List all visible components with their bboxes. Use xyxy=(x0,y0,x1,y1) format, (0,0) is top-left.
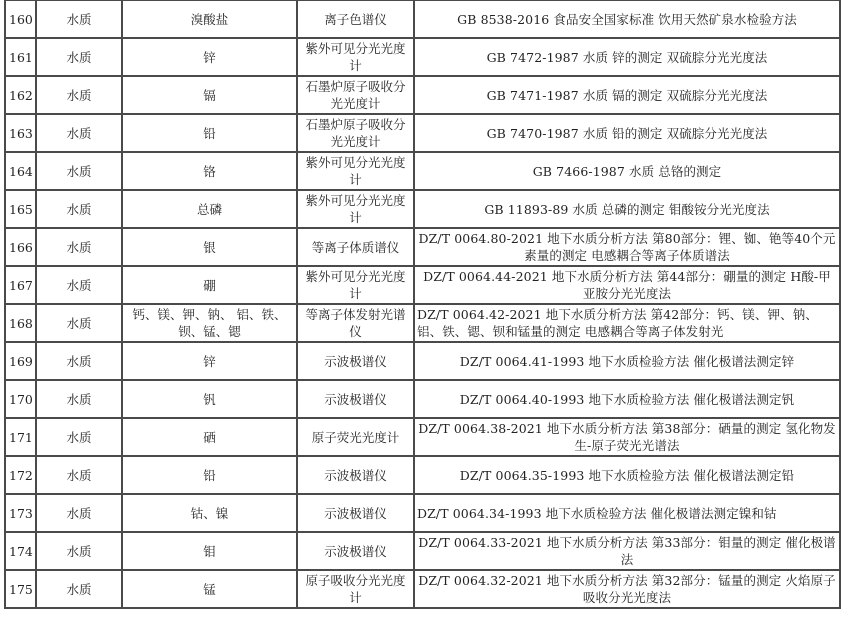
category-cell: 水质 xyxy=(36,342,122,380)
category-cell: 水质 xyxy=(36,0,122,38)
table-row: 163 水质 铅 石墨炉原子吸收分光光度计 GB 7470-1987 水质 铅的… xyxy=(5,114,840,152)
instrument-cell: 原子吸收分光光度计 xyxy=(297,570,414,608)
row-number: 166 xyxy=(5,228,36,266)
standard-cell: GB 7471-1987 水质 镉的测定 双硫腙分光光度法 xyxy=(414,76,840,114)
category-cell: 水质 xyxy=(36,114,122,152)
test-item-cell: 钙、镁、钾、钠、 铝、铁、钡、锰、锶 xyxy=(122,304,297,342)
category-cell: 水质 xyxy=(36,152,122,190)
table-row: 168 水质 钙、镁、钾、钠、 铝、铁、钡、锰、锶 等离子体发射光谱仪 DZ/T… xyxy=(5,304,840,342)
instrument-cell: 示波极谱仪 xyxy=(297,532,414,570)
instrument-cell: 示波极谱仪 xyxy=(297,380,414,418)
standard-cell: GB 8538-2016 食品安全国家标准 饮用天然矿泉水检验方法 xyxy=(414,0,840,38)
test-item-cell: 钴、镍 xyxy=(122,494,297,532)
row-number: 173 xyxy=(5,494,36,532)
standard-cell: DZ/T 0064.38-2021 地下水质分析方法 第38部分：硒量的测定 氢… xyxy=(414,418,840,456)
table-row: 173 水质 钴、镍 示波极谱仪 DZ/T 0064.34-1993 地下水质检… xyxy=(5,494,840,532)
test-item-cell: 钼 xyxy=(122,532,297,570)
test-item-cell: 溴酸盐 xyxy=(122,0,297,38)
standard-cell: DZ/T 0064.32-2021 地下水质分析方法 第32部分：锰量的测定 火… xyxy=(414,570,840,608)
standard-cell: DZ/T 0064.42-2021 地下水质分析方法 第42部分：钙、镁、钾、钠… xyxy=(414,304,840,342)
row-number: 174 xyxy=(5,532,36,570)
table-row: 166 水质 银 等离子体质谱仪 DZ/T 0064.80-2021 地下水质分… xyxy=(5,228,840,266)
row-number: 160 xyxy=(5,0,36,38)
test-item-cell: 钒 xyxy=(122,380,297,418)
category-cell: 水质 xyxy=(36,228,122,266)
standard-cell: GB 11893-89 水质 总磷的测定 钼酸铵分光光度法 xyxy=(414,190,840,228)
instrument-cell: 紫外可见分光光度计 xyxy=(297,266,414,304)
standard-cell: GB 7472-1987 水质 锌的测定 双硫腙分光光度法 xyxy=(414,38,840,76)
instrument-cell: 等离子体发射光谱仪 xyxy=(297,304,414,342)
table-row: 175 水质 锰 原子吸收分光光度计 DZ/T 0064.32-2021 地下水… xyxy=(5,570,840,608)
standard-cell: GB 7466-1987 水质 总铬的测定 xyxy=(414,152,840,190)
table-row: 165 水质 总磷 紫外可见分光光度计 GB 11893-89 水质 总磷的测定… xyxy=(5,190,840,228)
category-cell: 水质 xyxy=(36,190,122,228)
standard-cell: DZ/T 0064.33-2021 地下水质分析方法 第33部分：钼量的测定 催… xyxy=(414,532,840,570)
instrument-cell: 紫外可见分光光度计 xyxy=(297,152,414,190)
category-cell: 水质 xyxy=(36,456,122,494)
category-cell: 水质 xyxy=(36,494,122,532)
row-number: 162 xyxy=(5,76,36,114)
testing-standards-table: 160 水质 溴酸盐 离子色谱仪 GB 8538-2016 食品安全国家标准 饮… xyxy=(4,0,841,609)
test-item-cell: 锌 xyxy=(122,38,297,76)
table-row: 171 水质 硒 原子荧光光度计 DZ/T 0064.38-2021 地下水质分… xyxy=(5,418,840,456)
table-body: 160 水质 溴酸盐 离子色谱仪 GB 8538-2016 食品安全国家标准 饮… xyxy=(5,0,840,608)
table-row: 169 水质 锌 示波极谱仪 DZ/T 0064.41-1993 地下水质检验方… xyxy=(5,342,840,380)
test-item-cell: 总磷 xyxy=(122,190,297,228)
row-number: 165 xyxy=(5,190,36,228)
instrument-cell: 紫外可见分光光度计 xyxy=(297,190,414,228)
category-cell: 水质 xyxy=(36,418,122,456)
row-number: 164 xyxy=(5,152,36,190)
row-number: 169 xyxy=(5,342,36,380)
test-item-cell: 镉 xyxy=(122,76,297,114)
table-row: 167 水质 硼 紫外可见分光光度计 DZ/T 0064.44-2021 地下水… xyxy=(5,266,840,304)
standard-cell: DZ/T 0064.41-1993 地下水质检验方法 催化极谱法测定锌 xyxy=(414,342,840,380)
table-row: 164 水质 铬 紫外可见分光光度计 GB 7466-1987 水质 总铬的测定 xyxy=(5,152,840,190)
category-cell: 水质 xyxy=(36,570,122,608)
category-cell: 水质 xyxy=(36,38,122,76)
row-number: 163 xyxy=(5,114,36,152)
test-item-cell: 锰 xyxy=(122,570,297,608)
table-row: 172 水质 铅 示波极谱仪 DZ/T 0064.35-1993 地下水质检验方… xyxy=(5,456,840,494)
instrument-cell: 等离子体质谱仪 xyxy=(297,228,414,266)
standard-cell: DZ/T 0064.34-1993 地下水质检验方法 催化极谱法测定镍和钴 xyxy=(414,494,840,532)
instrument-cell: 石墨炉原子吸收分光光度计 xyxy=(297,76,414,114)
category-cell: 水质 xyxy=(36,76,122,114)
row-number: 170 xyxy=(5,380,36,418)
table-row: 161 水质 锌 紫外可见分光光度计 GB 7472-1987 水质 锌的测定 … xyxy=(5,38,840,76)
instrument-cell: 原子荧光光度计 xyxy=(297,418,414,456)
standard-cell: DZ/T 0064.40-1993 地下水质检验方法 催化极谱法测定钒 xyxy=(414,380,840,418)
standards-table-container: 160 水质 溴酸盐 离子色谱仪 GB 8538-2016 食品安全国家标准 饮… xyxy=(4,0,839,609)
instrument-cell: 示波极谱仪 xyxy=(297,456,414,494)
standard-cell: DZ/T 0064.80-2021 地下水质分析方法 第80部分：锂、铷、铯等4… xyxy=(414,228,840,266)
row-number: 168 xyxy=(5,304,36,342)
table-row: 174 水质 钼 示波极谱仪 DZ/T 0064.33-2021 地下水质分析方… xyxy=(5,532,840,570)
instrument-cell: 示波极谱仪 xyxy=(297,494,414,532)
row-number: 167 xyxy=(5,266,36,304)
row-number: 172 xyxy=(5,456,36,494)
row-number: 161 xyxy=(5,38,36,76)
test-item-cell: 铬 xyxy=(122,152,297,190)
standard-cell: DZ/T 0064.35-1993 地下水质检验方法 催化极谱法测定铅 xyxy=(414,456,840,494)
instrument-cell: 离子色谱仪 xyxy=(297,0,414,38)
standard-cell: DZ/T 0064.44-2021 地下水质分析方法 第44部分：硼量的测定 H… xyxy=(414,266,840,304)
test-item-cell: 银 xyxy=(122,228,297,266)
test-item-cell: 铅 xyxy=(122,114,297,152)
instrument-cell: 示波极谱仪 xyxy=(297,342,414,380)
table-row: 170 水质 钒 示波极谱仪 DZ/T 0064.40-1993 地下水质检验方… xyxy=(5,380,840,418)
row-number: 175 xyxy=(5,570,36,608)
instrument-cell: 石墨炉原子吸收分光光度计 xyxy=(297,114,414,152)
category-cell: 水质 xyxy=(36,304,122,342)
category-cell: 水质 xyxy=(36,380,122,418)
test-item-cell: 锌 xyxy=(122,342,297,380)
table-row: 160 水质 溴酸盐 离子色谱仪 GB 8538-2016 食品安全国家标准 饮… xyxy=(5,0,840,38)
category-cell: 水质 xyxy=(36,532,122,570)
test-item-cell: 铅 xyxy=(122,456,297,494)
test-item-cell: 硒 xyxy=(122,418,297,456)
instrument-cell: 紫外可见分光光度计 xyxy=(297,38,414,76)
table-row: 162 水质 镉 石墨炉原子吸收分光光度计 GB 7471-1987 水质 镉的… xyxy=(5,76,840,114)
category-cell: 水质 xyxy=(36,266,122,304)
row-number: 171 xyxy=(5,418,36,456)
standard-cell: GB 7470-1987 水质 铅的测定 双硫腙分光光度法 xyxy=(414,114,840,152)
test-item-cell: 硼 xyxy=(122,266,297,304)
